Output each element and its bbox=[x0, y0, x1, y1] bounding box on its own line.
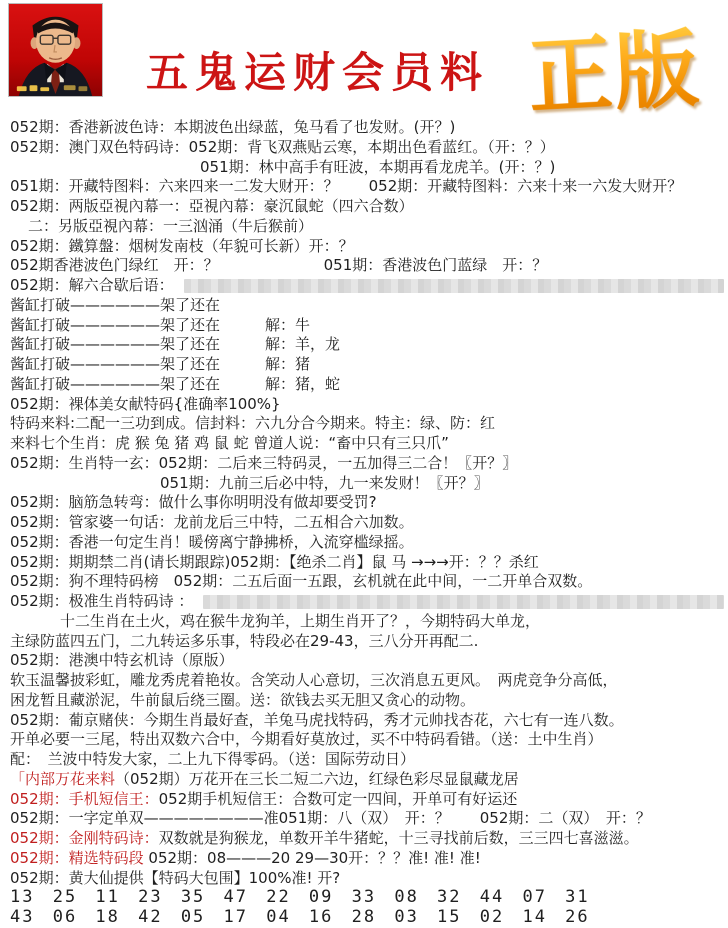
text-segment: 开单必要一三尾，特出双数六合中，今期看好莫放过，买不中特码看错。（送：土中生肖） bbox=[10, 730, 603, 750]
text-line: 052期：澳门双色特码诗：052期：背飞双燕贴云寒，本期出色看蓝红。（开：？） bbox=[10, 138, 726, 158]
text-segment: 052期：澳门双色特码诗：052期：背飞双燕贴云寒，本期出色看蓝红。（开：？） bbox=[10, 138, 555, 158]
text-line: 软玉温馨披彩虹，雕龙秀虎着艳妆。含笑动人心意切，三次消息五更风。 两虎竞争分高低… bbox=[10, 671, 726, 691]
number-row: 43 06 18 42 05 17 04 16 28 03 15 02 14 2… bbox=[10, 908, 726, 928]
text-segment: （052期）万花开在三长二短二六边，红绿色彩尽显鼠藏龙居 bbox=[115, 770, 519, 790]
text-segment: 052期：港澳中特玄机诗（原版） bbox=[10, 651, 234, 671]
text-line: 酱缸打破——————架了还在 解：猪，蛇 bbox=[10, 375, 726, 395]
text-segment: 13 25 11 23 35 47 22 09 33 08 32 44 07 3… bbox=[10, 888, 590, 908]
text-segment: 052期：一字定单双————————准051期：八（双） 开：？ 052期：二（… bbox=[10, 809, 651, 829]
scan-artifact-strip bbox=[184, 279, 724, 293]
text-line: 052期：解六合歇后语： bbox=[10, 276, 726, 296]
text-line: 开单必要一三尾，特出双数六合中，今期看好莫放过，买不中特码看错。（送：土中生肖） bbox=[10, 730, 726, 750]
text-line: 051期：林中高手有旺波，本期再看龙虎羊。(开：？) bbox=[10, 158, 726, 178]
text-line: 052期：黄大仙提供【特码大包围】100%准! 开? bbox=[10, 869, 726, 889]
text-segment: 052期：狗不理特码榜 052期：二五后面一五跟，玄机就在此中间，一二开单合双数… bbox=[10, 572, 592, 592]
text-line: 酱缸打破——————架了还在 bbox=[10, 296, 726, 316]
text-line: 052期：港澳中特玄机诗（原版） bbox=[10, 651, 726, 671]
text-line: 052期：精选特码段 052期：08———20 29—30开：？？准! 准! 准… bbox=[10, 849, 726, 869]
text-line: 十二生肖在土火，鸡在猴牛龙狗羊，上期生肖开了？，今期特码大单龙， bbox=[10, 612, 726, 632]
text-segment: 二：另版亞視內幕：一三汹涌（牛后猴前） bbox=[28, 217, 313, 237]
text-line: 052期：两版亞視內幕一：亞視內幕：豪沉鼠蛇（四六合数） bbox=[10, 197, 726, 217]
text-segment: 软玉温馨披彩虹，雕龙秀虎着艳妆。含笑动人心意切，三次消息五更风。 两虎竞争分高低… bbox=[10, 671, 618, 691]
text-segment: 052期：金刚特码诗： bbox=[10, 829, 159, 849]
text-line: 酱缸打破——————架了还在 解：猪 bbox=[10, 355, 726, 375]
text-line: 主绿防蓝四五门，二九转运多乐事，特段必在29-43，三八分开再配二. bbox=[10, 632, 726, 652]
text-line: 052期：脑筋急转弯：做什么事你明明没有做却要受罚? bbox=[10, 493, 726, 513]
text-line: 052期：一字定单双————————准051期：八（双） 开：？ 052期：二（… bbox=[10, 809, 726, 829]
text-segment: 052期香港波色门绿红 开：？ 051期：香港波色门蓝绿 开：？ bbox=[10, 256, 547, 276]
text-segment: 052期：期期禁二肖(请长期跟踪)052期：【绝杀二肖】鼠 马 →→→开：？？杀… bbox=[10, 553, 539, 573]
text-segment: 052期手机短信王：合数可定一四间，开单可有好运还 bbox=[159, 790, 518, 810]
text-line: 052期：期期禁二肖(请长期跟踪)052期：【绝杀二肖】鼠 马 →→→开：？？杀… bbox=[10, 553, 726, 573]
text-segment: 052期：香港新波色诗：本期波色出绿蓝，兔马看了也发财。(开？) bbox=[10, 118, 455, 138]
text-line: 052期：香港一句定生肖！暖傍离宁静拂桥，入流穿槛绿摇。 bbox=[10, 533, 726, 553]
text-line: 特码来料:二配一三功到成。信封料：六九分合今期来。特主：绿、防：红 bbox=[10, 414, 726, 434]
text-line: 052期：手机短信王：052期手机短信王：合数可定一四间，开单可有好运还 bbox=[10, 790, 726, 810]
text-line: 052期：生肖特一玄：052期：二后来三特码灵，一五加得三二合！〖开？〗 bbox=[10, 454, 726, 474]
text-segment: 052期：葡京赌侠：今期生肖最好查，羊兔马虎找特码，秀才元帅找杏花，六七有一连八… bbox=[10, 711, 624, 731]
text-segment: 051期：九前三后必中特，九一来发财！〖开？〗 bbox=[160, 474, 489, 494]
text-segment: 困龙暂且藏淤泥，牛前鼠后绕三圈。送：欲钱去买无胆又贪心的动物。 bbox=[10, 691, 475, 711]
text-segment: 052期：08———20 29—30开：？？准! 准! 准! bbox=[144, 849, 481, 869]
text-segment: 052期：裸体美女献特码{准确率100%} bbox=[10, 395, 281, 415]
page-title: 五鬼运财会员料 bbox=[146, 40, 489, 100]
scan-artifact-strip bbox=[203, 595, 724, 609]
portrait-illustration bbox=[9, 4, 102, 96]
portrait-photo bbox=[8, 3, 103, 97]
number-row: 13 25 11 23 35 47 22 09 33 08 32 44 07 3… bbox=[10, 888, 726, 908]
text-line: 困龙暂且藏淤泥，牛前鼠后绕三圈。送：欲钱去买无胆又贪心的动物。 bbox=[10, 691, 726, 711]
text-segment: 配： 兰波中特发大家，二上九下得零码。（送：国际劳动日） bbox=[10, 750, 415, 770]
text-segment: 酱缸打破——————架了还在 bbox=[10, 296, 220, 316]
text-segment: 052期：极准生肖特码诗 ： bbox=[10, 592, 193, 612]
text-line: 052期：鐵算盤：烟树发南枝（年貌可长新）开：？ bbox=[10, 237, 726, 257]
text-segment: 酱缸打破——————架了还在 解：羊，龙 bbox=[10, 335, 340, 355]
text-line: 052期：葡京赌侠：今期生肖最好查，羊兔马虎找特码，秀才元帅找杏花，六七有一连八… bbox=[10, 711, 726, 731]
text-segment: 「内部万花来料 bbox=[10, 770, 115, 790]
text-line: 酱缸打破——————架了还在 解：牛 bbox=[10, 316, 726, 336]
text-line: 051期：开藏特图料：六来四来一二发大财开：？ 052期：开藏特图料：六来十来一… bbox=[10, 177, 726, 197]
text-segment: 双数就是狗猴龙，单数开羊牛猪蛇，十三寻找前后数，三三四七喜滋滋。 bbox=[159, 829, 639, 849]
text-segment: 052期：鐵算盤：烟树发南枝（年貌可长新）开：？ bbox=[10, 237, 354, 257]
text-line: 052期香港波色门绿红 开：？ 051期：香港波色门蓝绿 开：？ bbox=[10, 256, 726, 276]
text-line: 052期：香港新波色诗：本期波色出绿蓝，兔马看了也发财。(开？) bbox=[10, 118, 726, 138]
text-segment: 特码来料:二配一三功到成。信封料：六九分合今期来。特主：绿、防：红 bbox=[10, 414, 495, 434]
text-line: 052期：狗不理特码榜 052期：二五后面一五跟，玄机就在此中间，一二开单合双数… bbox=[10, 572, 726, 592]
text-segment: 主绿防蓝四五门，二九转运多乐事，特段必在29-43，三八分开再配二. bbox=[10, 632, 478, 652]
text-line: 052期：金刚特码诗：双数就是狗猴龙，单数开羊牛猪蛇，十三寻找前后数，三三四七喜… bbox=[10, 829, 726, 849]
text-line: 051期：九前三后必中特，九一来发财！〖开？〗 bbox=[10, 474, 726, 494]
text-line: 「内部万花来料（052期）万花开在三长二短二六边，红绿色彩尽显鼠藏龙居 bbox=[10, 770, 726, 790]
text-line: 来料七个生肖：虎 猴 兔 猪 鸡 鼠 蛇 曾道人说：“畜中只有三只爪” bbox=[10, 434, 726, 454]
text-segment: 052期：脑筋急转弯：做什么事你明明没有做却要受罚? bbox=[10, 493, 377, 513]
text-segment: 酱缸打破——————架了还在 解：猪 bbox=[10, 355, 310, 375]
text-line: 052期：极准生肖特码诗 ： bbox=[10, 592, 726, 612]
text-line: 二：另版亞視內幕：一三汹涌（牛后猴前） bbox=[10, 217, 726, 237]
text-segment: 052期：管家婆一句话：龙前龙后三中特，二五相合六加数。 bbox=[10, 513, 414, 533]
text-segment: 酱缸打破——————架了还在 解：牛 bbox=[10, 316, 310, 336]
text-segment: 051期：开藏特图料：六来四来一二发大财开：？ 052期：开藏特图料：六来十来一… bbox=[10, 177, 682, 197]
content-lines: 052期：香港新波色诗：本期波色出绿蓝，兔马看了也发财。(开？)052期：澳门双… bbox=[10, 118, 726, 928]
text-segment: 052期：精选特码段 bbox=[10, 849, 144, 869]
text-segment: 052期：香港一句定生肖！暖傍离宁静拂桥，入流穿槛绿摇。 bbox=[10, 533, 414, 553]
text-segment: 052期：黄大仙提供【特码大包围】100%准! 开? bbox=[10, 869, 340, 889]
authentic-stamp-text: 正版 bbox=[525, 2, 703, 132]
text-segment: 052期：手机短信王： bbox=[10, 790, 159, 810]
text-segment: 十二生肖在土火，鸡在猴牛龙狗羊，上期生肖开了？，今期特码大单龙， bbox=[60, 612, 540, 632]
text-segment: 来料七个生肖：虎 猴 兔 猪 鸡 鼠 蛇 曾道人说：“畜中只有三只爪” bbox=[10, 434, 449, 454]
text-segment: 052期：生肖特一玄：052期：二后来三特码灵，一五加得三二合！〖开？〗 bbox=[10, 454, 517, 474]
text-segment: 052期：解六合歇后语： bbox=[10, 276, 174, 296]
tip-sheet-page: 五鬼运财会员料 正版 052期：香港新波色诗：本期波色出绿蓝，兔马看了也发财。(… bbox=[0, 0, 728, 928]
text-segment: 43 06 18 42 05 17 04 16 28 03 15 02 14 2… bbox=[10, 908, 590, 928]
text-line: 052期：管家婆一句话：龙前龙后三中特，二五相合六加数。 bbox=[10, 513, 726, 533]
text-line: 052期：裸体美女献特码{准确率100%} bbox=[10, 395, 726, 415]
text-line: 配： 兰波中特发大家，二上九下得零码。（送：国际劳动日） bbox=[10, 750, 726, 770]
text-line: 酱缸打破——————架了还在 解：羊，龙 bbox=[10, 335, 726, 355]
text-segment: 酱缸打破——————架了还在 解：猪，蛇 bbox=[10, 375, 340, 395]
text-segment: 052期：两版亞視內幕一：亞視內幕：豪沉鼠蛇（四六合数） bbox=[10, 197, 414, 217]
text-segment: 051期：林中高手有旺波，本期再看龙虎羊。(开：？) bbox=[200, 158, 555, 178]
